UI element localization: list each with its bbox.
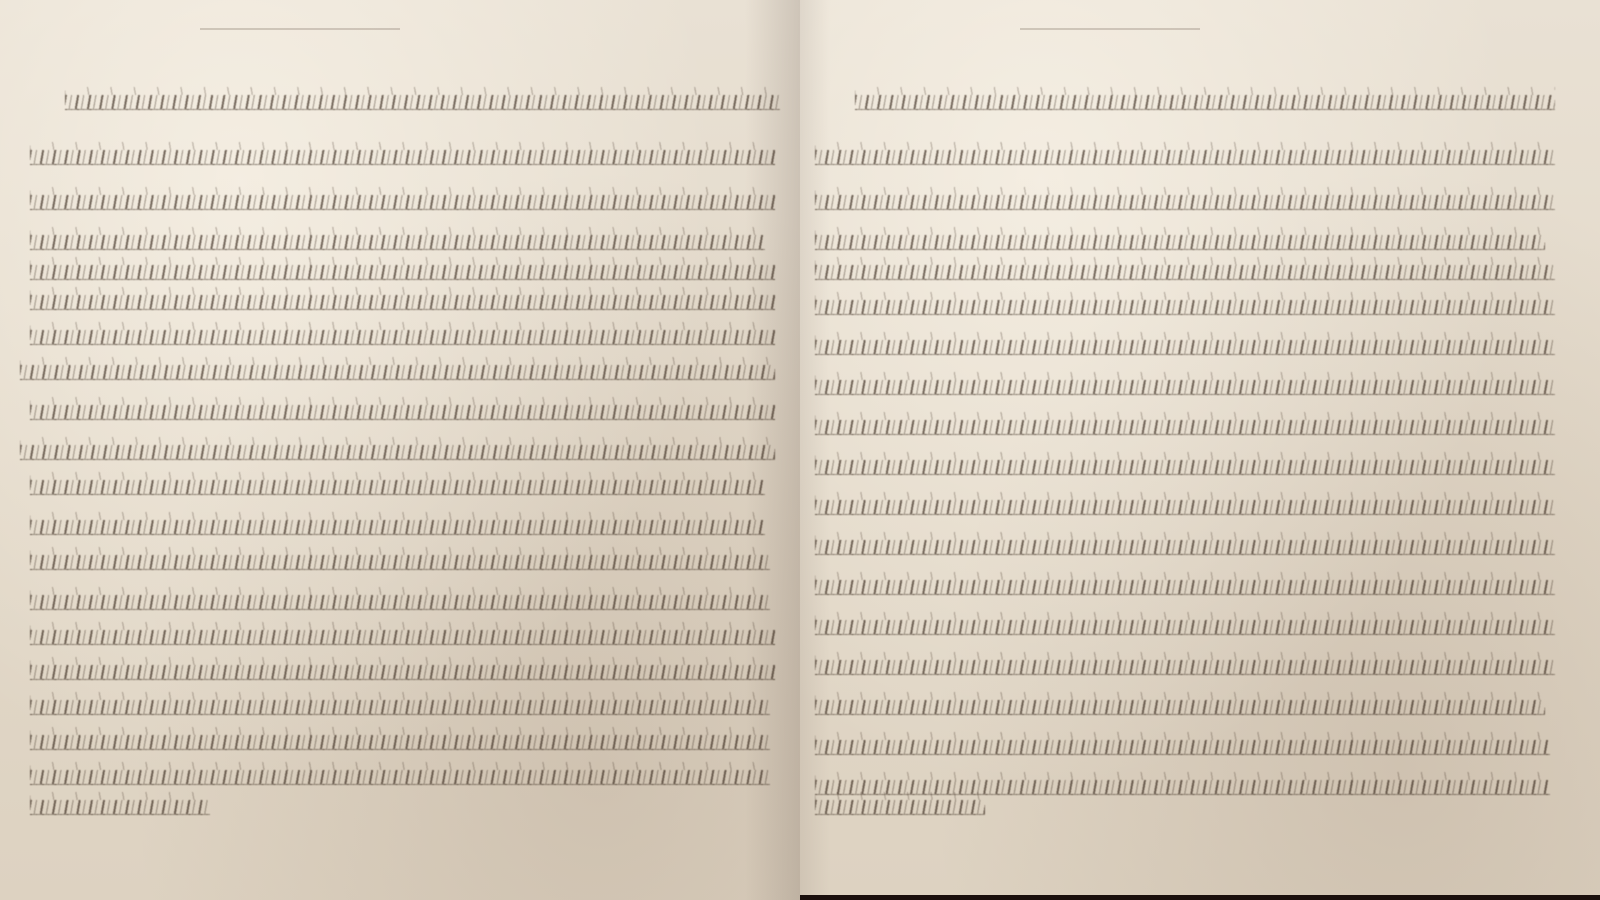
handwritten-line (815, 195, 1555, 210)
handwritten-line (30, 595, 770, 610)
handwritten-line (815, 235, 1545, 250)
handwritten-line (815, 500, 1555, 515)
handwritten-line (30, 700, 770, 715)
handwritten-line (30, 265, 775, 280)
scan-bottom-edge (800, 895, 1600, 900)
handwritten-line (30, 555, 770, 570)
handwritten-line (30, 520, 765, 535)
handwritten-line (815, 700, 1545, 715)
handwritten-line (30, 630, 775, 645)
handwritten-line (65, 95, 780, 110)
page-header-mark-right (1020, 0, 1200, 30)
handwritten-line (815, 380, 1555, 395)
handwritten-line (815, 340, 1555, 355)
handwritten-line (30, 295, 775, 310)
handwritten-line (20, 365, 775, 380)
handwritten-line (30, 665, 775, 680)
handwritten-line (815, 740, 1550, 755)
handwritten-line (815, 580, 1555, 595)
handwritten-line (815, 800, 985, 815)
handwritten-line (30, 770, 770, 785)
page-header-mark-left (200, 0, 400, 30)
handwritten-line (815, 460, 1555, 475)
handwritten-line (815, 150, 1555, 165)
handwritten-line (815, 300, 1555, 315)
manuscript-page-right (800, 0, 1600, 900)
handwritten-line (30, 405, 775, 420)
handwritten-line (30, 800, 210, 815)
handwritten-line (30, 235, 765, 250)
handwritten-line (815, 620, 1555, 635)
handwritten-line (30, 150, 775, 165)
handwritten-line (30, 330, 775, 345)
handwritten-line (20, 445, 775, 460)
handwritten-line (855, 95, 1555, 110)
handwritten-line (815, 660, 1555, 675)
handwritten-line (30, 480, 765, 495)
handwritten-line (815, 265, 1555, 280)
handwritten-line (815, 420, 1555, 435)
handwritten-line (30, 735, 770, 750)
handwritten-line (815, 540, 1555, 555)
handwritten-line (30, 195, 775, 210)
